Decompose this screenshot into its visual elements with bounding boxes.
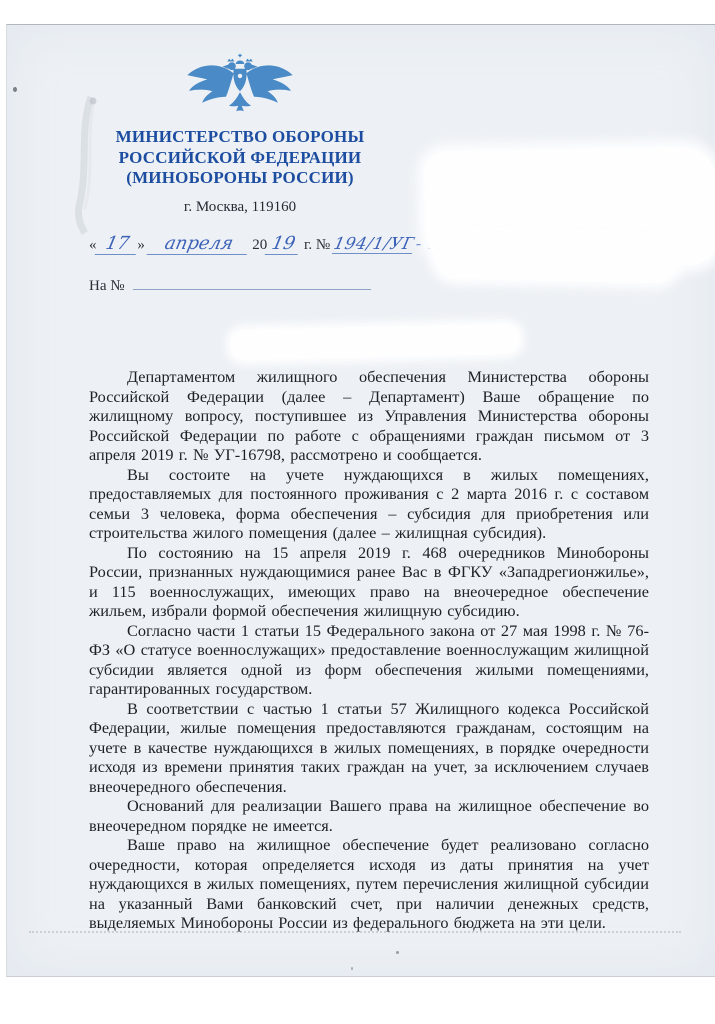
letterhead: МИНИСТЕРСТВО ОБОРОНЫ РОССИЙСКОЙ ФЕДЕРАЦИ… — [85, 53, 395, 216]
paragraph-5: В соответствии с частью 1 статьи 57 Жили… — [89, 699, 649, 797]
scan-speck-2 — [351, 967, 353, 970]
org-name-line-2: РОССИЙСКОЙ ФЕДЕРАЦИИ — [85, 148, 395, 169]
handwritten-year: 19 — [265, 233, 303, 255]
number-sign-label: г. № — [304, 237, 330, 253]
scan-noise-dots — [29, 931, 681, 933]
paragraph-2: Вы состоите на учете нуждающихся в жилых… — [89, 465, 649, 543]
handwritten-day: 17 — [94, 233, 140, 255]
paragraph-6: Оснований для реализации Вашего права на… — [89, 796, 649, 835]
reference-line: На № — [89, 275, 371, 295]
postal-address: г. Москва, 119160 — [85, 199, 395, 216]
reference-label: На № — [89, 278, 125, 294]
paragraph-4: Согласно части 1 статьи 15 Федерального … — [89, 621, 649, 699]
ministry-emblem-eagle-icon — [184, 53, 296, 121]
redaction-patch-addressee-lower — [437, 232, 678, 283]
handwritten-number-part1: 194/1/УГ — [332, 234, 416, 254]
staple-mark — [13, 87, 17, 92]
scanned-letter-page: МИНИСТЕРСТВО ОБОРОНЫ РОССИЙСКОЙ ФЕДЕРАЦИ… — [6, 24, 715, 977]
letter-body: Департаментом жилищного обеспечения Мини… — [89, 367, 649, 933]
reference-blank-underline — [133, 275, 371, 290]
scan-speck — [396, 951, 399, 954]
paragraph-1: Департаментом жилищного обеспечения Мини… — [89, 367, 649, 465]
paragraph-3: По состоянию на 15 апреля 2019 г. 468 оч… — [89, 543, 649, 621]
handwritten-month: апреля — [146, 233, 251, 255]
redaction-patch-salutation — [231, 324, 520, 361]
org-name-line-3: (МИНОБОРОНЫ РОССИИ) — [85, 168, 395, 189]
paragraph-7: Ваше право на жилищное обеспечение будет… — [89, 835, 649, 933]
org-name-line-1: МИНИСТЕРСТВО ОБОРОНЫ — [85, 127, 395, 148]
